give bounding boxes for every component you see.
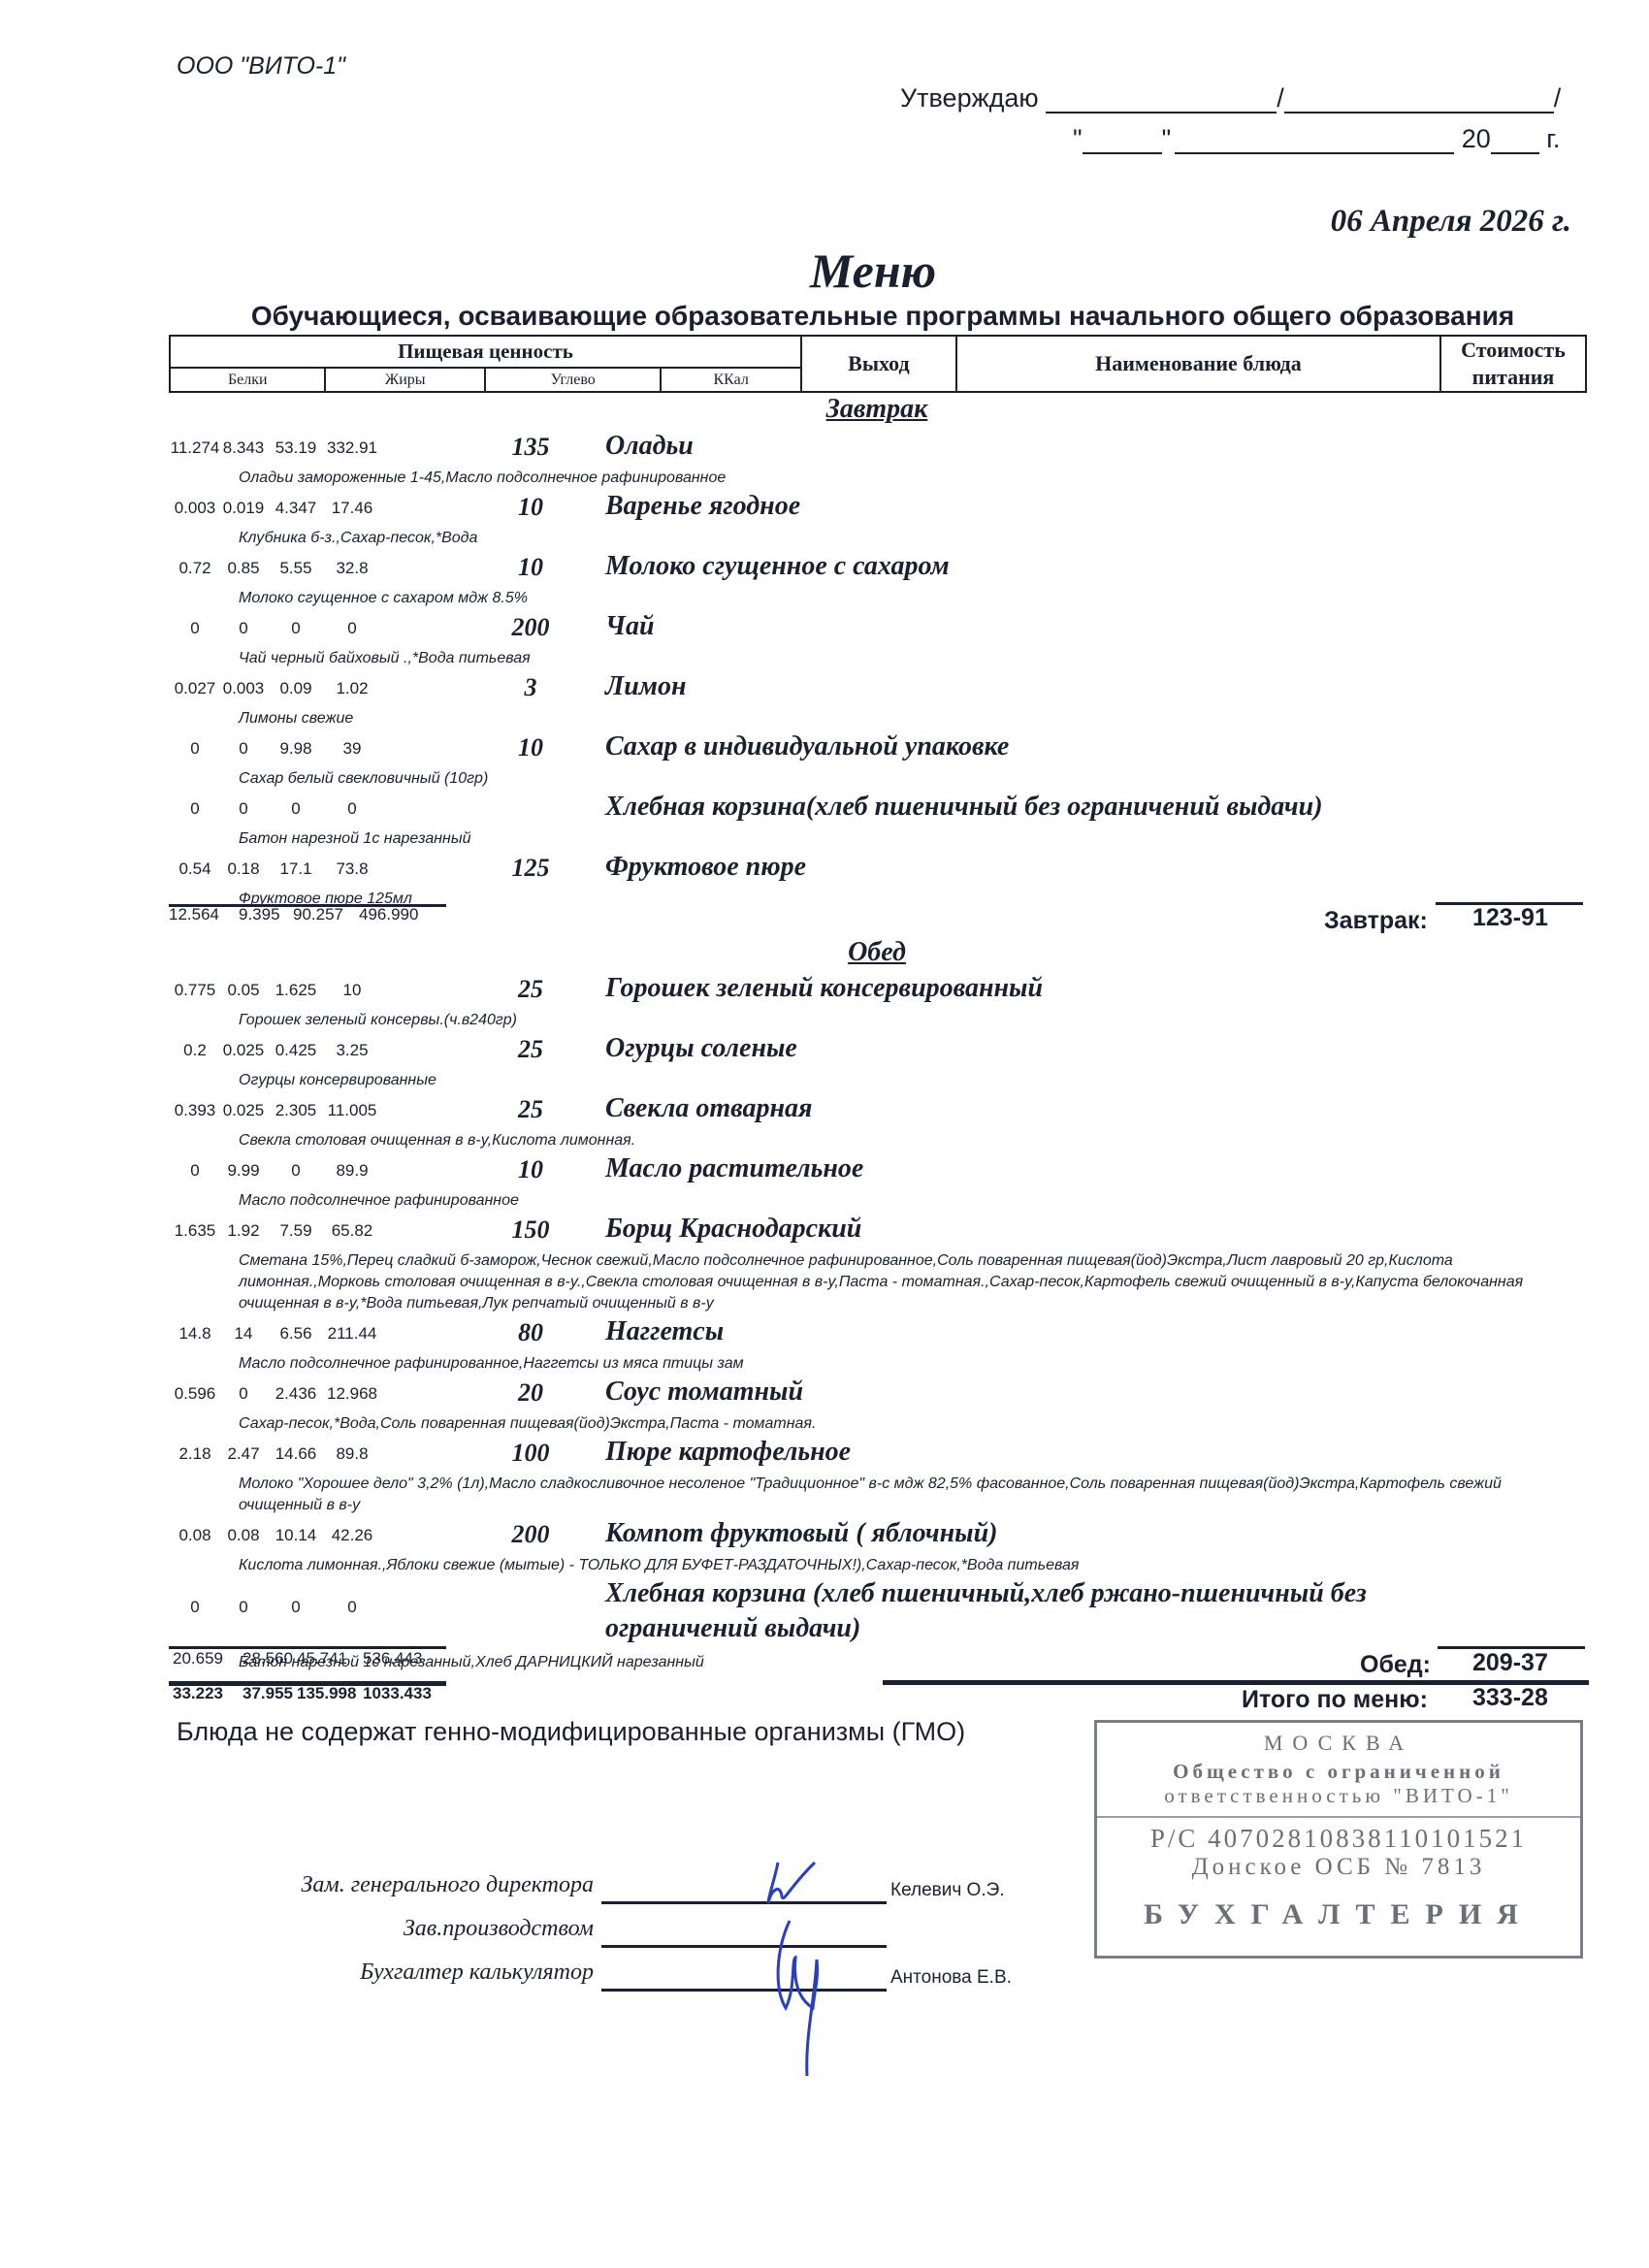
- kcal-value: 332.91: [314, 438, 390, 458]
- dish-name: Свекла отварная: [605, 1091, 1649, 1126]
- dish-name: Оладьи: [605, 429, 1649, 464]
- cost-header: Стоимостьпитания: [1440, 336, 1586, 392]
- kcal-value: 11.005: [314, 1101, 390, 1120]
- kcal-header: ККал: [661, 368, 801, 392]
- cost-header-line2: питания: [1472, 365, 1555, 389]
- breakfast-section-title: Завтрак: [0, 394, 1649, 425]
- breakfast-total-fat: 9.395: [239, 905, 280, 924]
- yield-value: 100: [477, 1439, 584, 1468]
- dish-ingredients: Масло подсолнечное рафинированное,Наггет…: [239, 1353, 1587, 1375]
- yield-value: 25: [477, 1095, 584, 1124]
- dish-ingredients: Огурцы консервированные: [239, 1070, 1587, 1091]
- kcal-value: 32.8: [314, 559, 390, 578]
- dish-name: Пюре картофельное: [605, 1435, 1649, 1470]
- lunch-cost-label: Обед:: [1360, 1651, 1431, 1679]
- kcal-value: 89.9: [314, 1161, 390, 1181]
- yield-value: 10: [477, 553, 584, 582]
- quote-open: ": [1073, 124, 1083, 153]
- dish-ingredients: Сметана 15%,Перец сладкий б-заморож,Чесн…: [239, 1250, 1587, 1314]
- stamp-bank: Донское ОСБ № 7813: [1097, 1854, 1580, 1881]
- breakfast-total-kcal: 496.990: [359, 905, 418, 924]
- breakfast-total-carbs: 90.257: [293, 905, 343, 924]
- dish-name: Хлебная корзина(хлеб пшеничный без огран…: [605, 790, 1649, 825]
- stamp-line1: Общество с ограниченной: [1097, 1760, 1580, 1784]
- signature-role-production-head: Зав.производством: [264, 1916, 594, 1942]
- dish-ingredients: Молоко "Хорошее дело" 3,2% (1л),Масло сл…: [239, 1474, 1587, 1516]
- grand-total-carbs: 135.998: [297, 1684, 356, 1703]
- stamp-city: МОСКВА: [1097, 1731, 1580, 1756]
- carbs-header: Углево: [485, 368, 662, 392]
- lunch-total-fat: 28.560: [242, 1649, 293, 1669]
- protein-header: Белки: [170, 368, 325, 392]
- dish-name: Соус томатный: [605, 1375, 1649, 1409]
- yield-value: 200: [477, 613, 584, 642]
- kcal-value: 73.8: [314, 859, 390, 879]
- kcal-value: 0: [314, 619, 390, 638]
- handwritten-signatures-icon: [747, 1843, 863, 2086]
- dish-ingredients: Лимоны свежие: [239, 708, 1587, 729]
- approve-signature-blank: [1046, 86, 1277, 113]
- year-suffix: г.: [1546, 124, 1560, 153]
- kcal-value: 0: [314, 1598, 390, 1617]
- dish-ingredients: Клубника б-з.,Сахар-песок,*Вода: [239, 528, 1587, 549]
- grand-total-fat: 37.955: [242, 1684, 293, 1703]
- company-name: ООО "ВИТО-1": [177, 52, 345, 81]
- dish-name: Фруктовое пюре: [605, 850, 1649, 885]
- day-blank: [1083, 127, 1162, 154]
- yield-value: 25: [477, 1035, 584, 1064]
- approve-label: Утверждаю: [900, 83, 1039, 113]
- menu-date: 06 Апреля 2026 г.: [1331, 204, 1571, 240]
- dish-ingredients: Масло подсолнечное рафинированное: [239, 1190, 1587, 1212]
- lunch-total-carbs: 45.741: [297, 1649, 347, 1669]
- year-blank: [1491, 127, 1539, 154]
- dish-ingredients: Сахар белый свекловичный (10гр): [239, 768, 1587, 790]
- dish-name: Огурцы соленые: [605, 1031, 1649, 1066]
- year-prefix: 20: [1462, 124, 1491, 153]
- signature-role-deputy-director: Зам. генерального директора: [264, 1872, 594, 1898]
- dish-ingredients: Чай черный байховый .,*Вода питьевая: [239, 648, 1587, 669]
- grand-total-protein: 33.223: [173, 1684, 223, 1703]
- signature-name-accountant: Антонова Е.В.: [890, 1967, 1012, 1989]
- kcal-value: 12.968: [314, 1384, 390, 1404]
- stamp-line2: ответственностью "ВИТО-1": [1097, 1784, 1580, 1808]
- dish-ingredients: Батон нарезной 1с нарезанный: [239, 828, 1587, 850]
- stamp-department: БУХГАЛТЕРИЯ: [1097, 1898, 1580, 1931]
- yield-value: 125: [477, 854, 584, 883]
- dish-ingredients: Кислота лимонная.,Яблоки свежие (мытые) …: [239, 1555, 1587, 1576]
- approve-name-blank: [1284, 86, 1554, 113]
- yield-value: 135: [477, 433, 584, 462]
- kcal-value: 211.44: [314, 1324, 390, 1344]
- fat-header: Жиры: [325, 368, 484, 392]
- lunch-cost: 209-37: [1472, 1649, 1548, 1677]
- dish-name-header: Наименование блюда: [956, 336, 1440, 392]
- yield-value: 150: [477, 1215, 584, 1245]
- stamp-account: Р/С 40702810838110101521: [1097, 1824, 1580, 1854]
- dish-name: Наггетсы: [605, 1314, 1649, 1349]
- dish-ingredients: Оладьи замороженные 1-45,Масло подсолнеч…: [239, 468, 1587, 489]
- breakfast-cost-label: Завтрак:: [1324, 907, 1428, 935]
- dish-ingredients: Свекла столовая очищенная в в-у,Кислота …: [239, 1130, 1587, 1151]
- dish-name: Молоко сгущенное с сахаром: [605, 549, 1649, 584]
- month-blank: [1175, 127, 1454, 154]
- dish-name: Варенье ягодное: [605, 489, 1649, 524]
- lunch-total-protein: 20.659: [173, 1649, 223, 1669]
- yield-value: 80: [477, 1318, 584, 1347]
- signature-name-deputy-director: Келевич О.Э.: [890, 1880, 1005, 1901]
- kcal-value: 17.46: [314, 499, 390, 518]
- lunch-section-title: Обед: [0, 937, 1649, 968]
- nutrition-header: Пищевая ценность: [170, 336, 801, 368]
- kcal-value: 39: [314, 739, 390, 759]
- breakfast-total-protein: 12.564: [169, 905, 219, 924]
- dish-ingredients: Сахар-песок,*Вода,Соль поваренная пищева…: [239, 1413, 1587, 1435]
- dish-name: Чай: [605, 609, 1649, 644]
- yield-value: 20: [477, 1378, 584, 1408]
- approval-date-line: "" 20 г.: [1073, 124, 1560, 154]
- dish-ingredients: Горошек зеленый консервы.(ч.в240гр): [239, 1010, 1587, 1031]
- yield-value: 10: [477, 733, 584, 762]
- kcal-value: 3.25: [314, 1041, 390, 1060]
- kcal-value: 42.26: [314, 1526, 390, 1545]
- lunch-total-kcal: 536.443: [363, 1649, 422, 1669]
- kcal-value: 0: [314, 799, 390, 819]
- page-title: Меню: [0, 243, 1649, 299]
- dish-name: Сахар в индивидуальной упаковке: [605, 729, 1649, 764]
- yield-header: Выход: [801, 336, 956, 392]
- kcal-value: 89.8: [314, 1444, 390, 1464]
- grand-total-label: Итого по меню:: [1242, 1686, 1428, 1714]
- yield-value: 25: [477, 975, 584, 1004]
- approval-line: Утверждаю //: [900, 83, 1561, 113]
- page-subtitle: Обучающиеся, осваивающие образовательные…: [165, 301, 1600, 332]
- dish-name: Масло растительное: [605, 1151, 1649, 1186]
- kcal-value: 65.82: [314, 1221, 390, 1241]
- breakfast-cost: 123-91: [1472, 904, 1548, 932]
- signature-role-accountant: Бухгалтер калькулятор: [264, 1960, 594, 1986]
- yield-value: 10: [477, 1155, 584, 1184]
- dish-ingredients: Молоко сгущенное с сахаром мдж 8.5%: [239, 588, 1587, 609]
- quote-close: ": [1162, 124, 1172, 153]
- grand-total-kcal: 1033.433: [363, 1684, 432, 1703]
- kcal-value: 1.02: [314, 679, 390, 698]
- cost-header-line1: Стоимость: [1461, 338, 1566, 362]
- dish-name: Горошек зеленый консервированный: [605, 971, 1649, 1006]
- yield-value: 10: [477, 493, 584, 522]
- dish-name: Лимон: [605, 669, 1649, 704]
- dish-name: Борщ Краснодарский: [605, 1212, 1649, 1247]
- company-stamp: МОСКВА Общество с ограниченной ответстве…: [1094, 1720, 1583, 1959]
- gmo-note: Блюда не содержат генно-модифицированные…: [177, 1717, 965, 1747]
- grand-total-cost: 333-28: [1472, 1684, 1548, 1712]
- dish-name: Компот фруктовый ( яблочный): [605, 1516, 1649, 1551]
- dish-name: Хлебная корзина (хлеб пшеничный,хлеб ржа…: [605, 1576, 1420, 1646]
- menu-table-header: Пищевая ценность Выход Наименование блюд…: [169, 335, 1587, 393]
- yield-value: 200: [477, 1520, 584, 1549]
- kcal-value: 10: [314, 981, 390, 1000]
- yield-value: 3: [477, 673, 584, 702]
